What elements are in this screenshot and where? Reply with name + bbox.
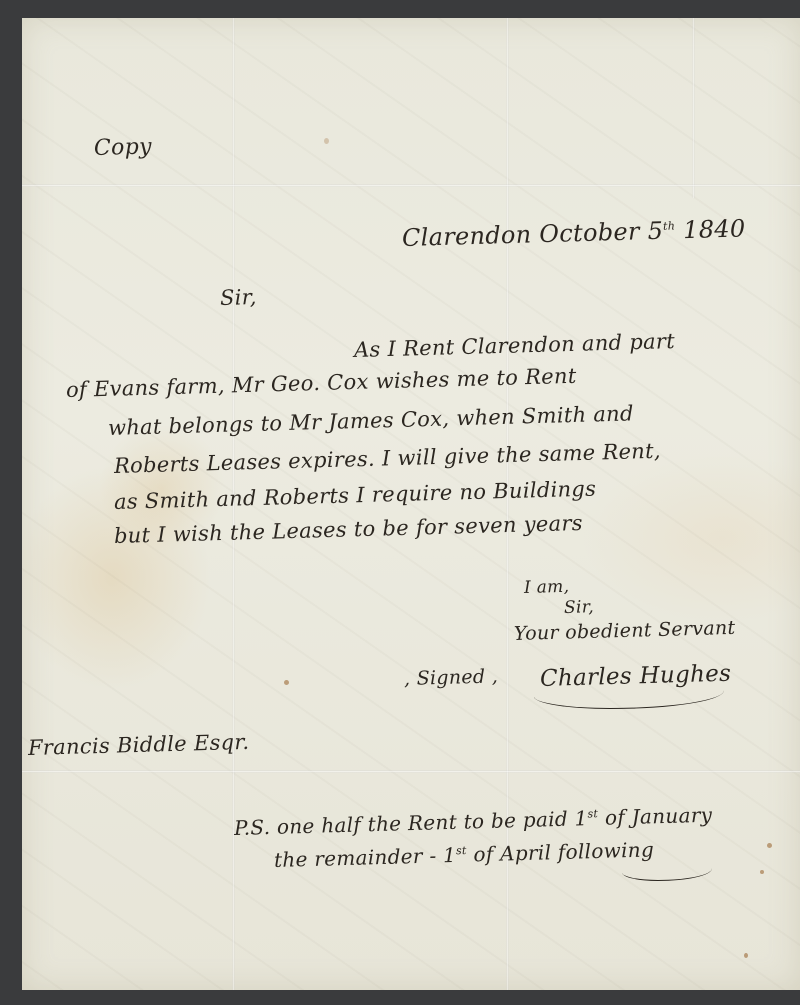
body-line-6: but I wish the Leases to be for seven ye… — [114, 511, 583, 548]
copy-annotation: Copy — [94, 134, 152, 161]
dateline: Clarendon October 5th 1840 — [402, 214, 746, 252]
dateline-place: Clarendon — [402, 220, 532, 252]
foxing-spot — [284, 680, 289, 685]
dateline-day-suffix: th — [663, 219, 675, 232]
closing-i-am: I am, — [524, 577, 570, 598]
closing-sir: Sir, — [564, 597, 594, 618]
dateline-year: 1840 — [683, 214, 746, 244]
body-line-3: what belongs to Mr James Cox, when Smith… — [108, 401, 634, 440]
fold-line-vertical-right-top — [692, 18, 695, 198]
postscript-flourish — [622, 860, 712, 881]
signed-label: , Signed , — [404, 665, 499, 690]
dateline-month: October — [539, 217, 640, 248]
addressee: Francis Biddle Esqr. — [28, 730, 250, 760]
dateline-day: 5 — [647, 217, 663, 245]
salutation: Sir, — [220, 285, 257, 310]
closing-servant: Your obedient Servant — [514, 617, 736, 645]
signature-flourish — [534, 678, 724, 709]
foxing-spot — [767, 843, 772, 848]
foxing-spot — [744, 953, 748, 958]
foxing-spot — [760, 870, 764, 874]
body-line-5: as Smith and Roberts I require no Buildi… — [114, 477, 597, 514]
body-line-2: of Evans farm, Mr Geo. Cox wishes me to … — [66, 364, 577, 402]
body-line-4: Roberts Leases expires. I will give the … — [114, 439, 661, 478]
fold-line-horizontal-bottom — [22, 770, 800, 773]
fold-line-horizontal-top — [22, 184, 800, 187]
foxing-spot — [324, 138, 329, 144]
body-line-1: As I Rent Clarendon and part — [354, 329, 676, 362]
postscript-line-1: P.S. one half the Rent to be paid 1st of… — [234, 803, 713, 840]
postscript-line-2: the remainder - 1st of April following — [274, 837, 655, 872]
letter-page: Copy Clarendon October 5th 1840 Sir, As … — [22, 18, 800, 990]
